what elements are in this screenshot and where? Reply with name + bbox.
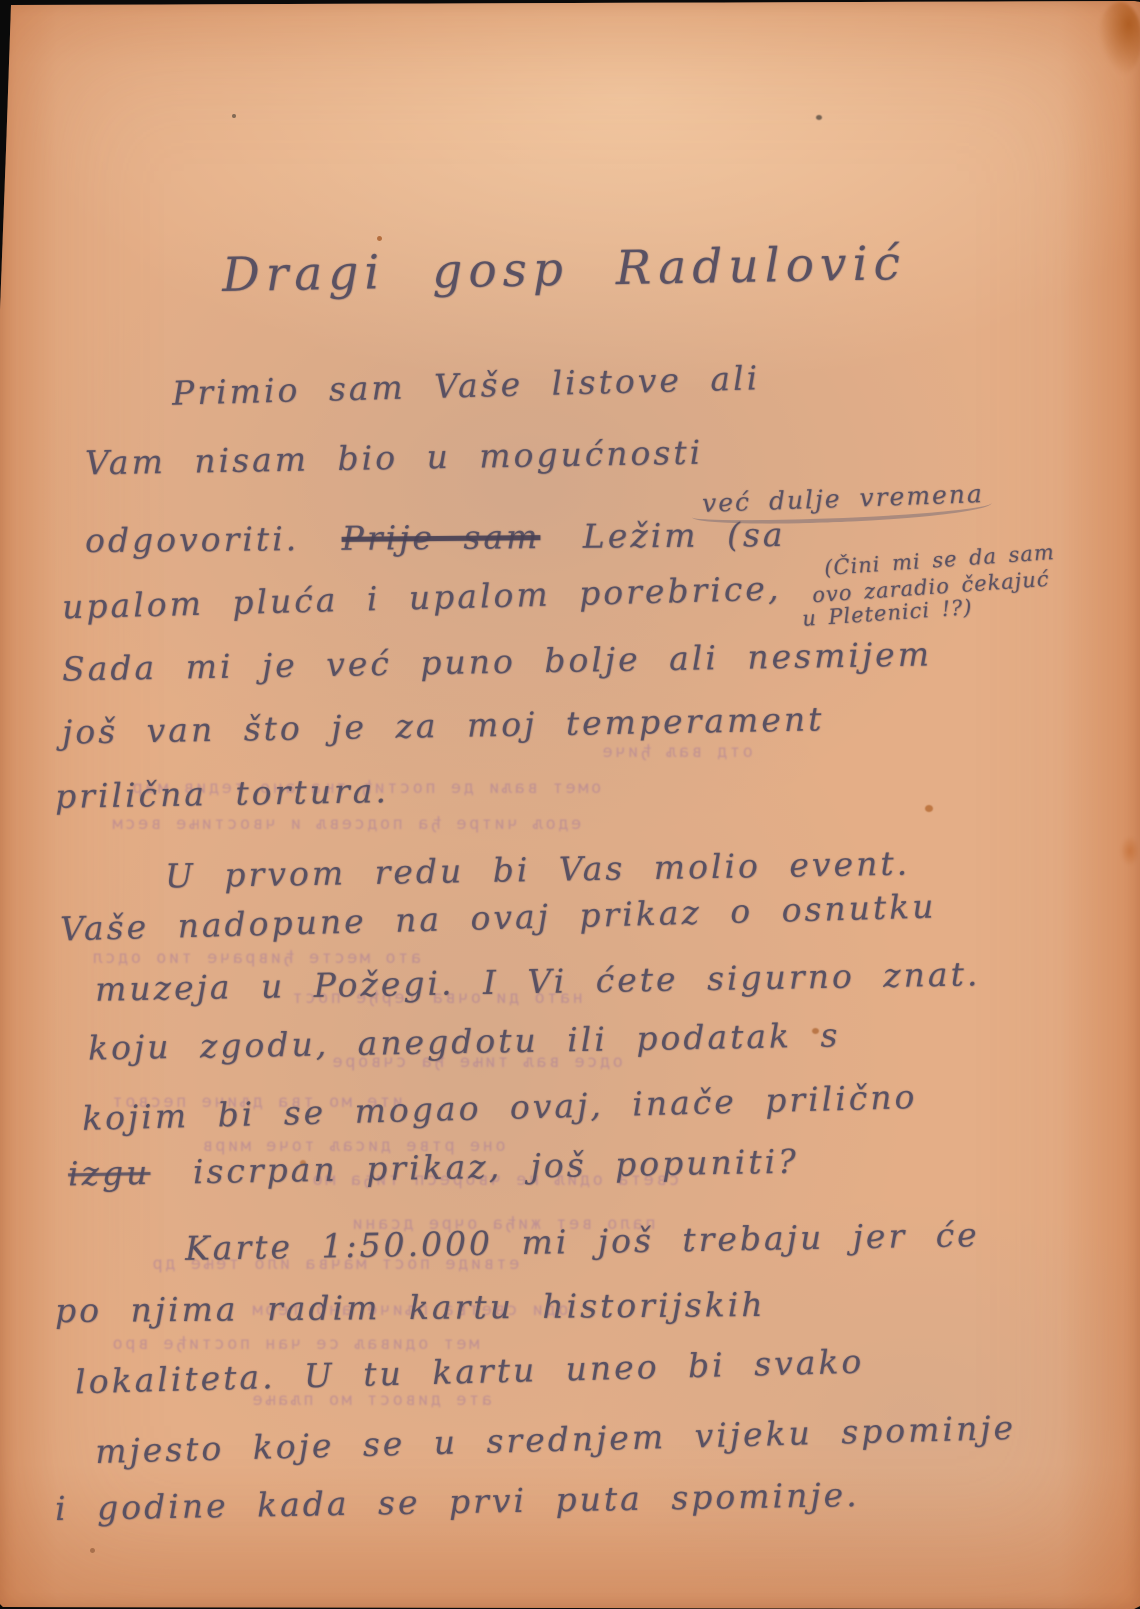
line3-post: Ležim (sa (583, 515, 786, 556)
body-line-p1-3: odgovoriti. Prije sam Ležim (sa (85, 515, 786, 560)
line3-pre: odgovoriti. (85, 519, 299, 560)
scanned-letter-page: отд ваљ ђиче омет ваљи де постиђ тња ано… (0, 0, 1140, 1609)
strikethrough-word: izgu (68, 1153, 151, 1193)
body-line-p3-2: po njima radim kartu historijskih (55, 1285, 766, 1330)
body-line-p1-7: prilična tortura. (55, 771, 389, 816)
ghost-typewriter-line: мет одиваљ се чан постиђе вро (110, 1334, 479, 1354)
strikethrough-scribble: Prije sam (341, 517, 540, 558)
ghost-typewriter-line: едољ читре ђа подсевљ и чвостиње весм (110, 814, 581, 834)
ghost-typewriter-line: отд ваљ ђиче (600, 742, 753, 762)
